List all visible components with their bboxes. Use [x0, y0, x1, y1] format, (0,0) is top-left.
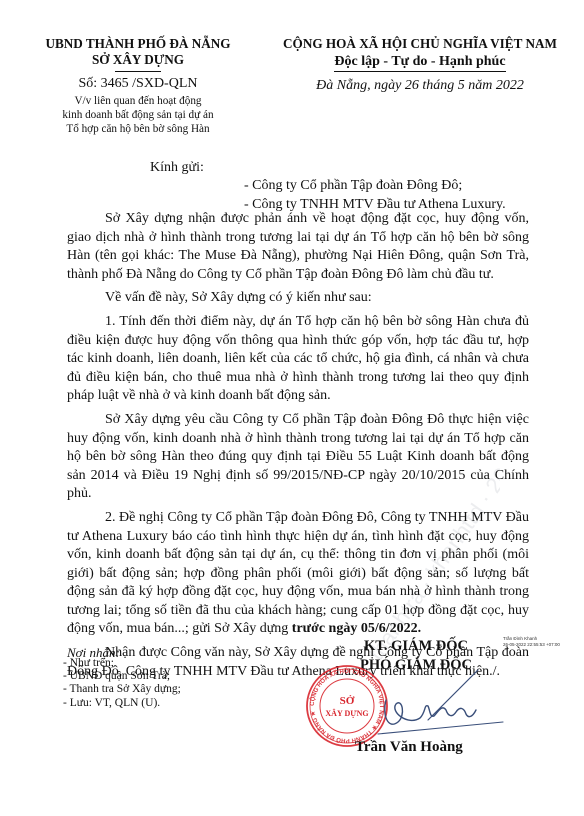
paragraph-opinion: Về vấn đề này, Sở Xây dựng có ý kiến như… [67, 289, 529, 308]
sign-on-behalf: KT. GIÁM ĐỐC [352, 637, 480, 656]
subject-line: kinh doanh bất động sản tại dự án [22, 108, 254, 122]
handwritten-signature-icon [368, 660, 508, 740]
subject-line: V/v liên quan đến hoạt động [22, 94, 254, 108]
national-header: CỘNG HOÀ XÃ HỘI CHỦ NGHĨA VIỆT NAM Độc l… [256, 36, 584, 94]
issuer-authority: UBND THÀNH PHỐ ĐÀ NẴNG [22, 36, 254, 52]
paragraph-requirement: Sở Xây dựng yêu cầu Công ty Cổ phần Tập … [67, 411, 529, 504]
deadline: trước ngày 05/6/2022. [292, 621, 421, 636]
document-subject: V/v liên quan đến hoạt động kinh doanh b… [22, 94, 254, 136]
point-2-text: 2. Đề nghị Công ty Cổ phần Tập đoàn Đông… [67, 510, 529, 637]
digital-signature-info: Trần Đình Khanh 26-05-2022 22:55:53 +07:… [503, 636, 560, 647]
signer-name: Trần Văn Hoàng [355, 739, 463, 756]
svg-text:XÂY DỰNG: XÂY DỰNG [325, 708, 368, 718]
paragraph-intro: Sở Xây dựng nhận được phản ánh về hoạt đ… [67, 210, 529, 284]
distribution-item: - UBND quận Sơn Trà; [63, 670, 181, 683]
paragraph-point-2: 2. Đề nghị Công ty Cổ phần Tập đoàn Đông… [67, 509, 529, 639]
digital-signature-timestamp: 26-05-2022 22:55:53 +07:00 [503, 642, 560, 648]
letter-body: Sở Xây dựng nhận được phản ánh về hoạt đ… [67, 210, 529, 686]
distribution-item: - Thanh tra Sở Xây dựng; [63, 683, 181, 696]
distribution-list: - Như trên; - UBND quận Sơn Trà; - Thanh… [63, 657, 181, 710]
issuer-department: SỞ XÂY DỰNG [22, 52, 254, 68]
recipient-item: - Công ty Cổ phần Tập đoàn Đông Đô; [244, 176, 506, 195]
subject-line: Tổ hợp căn hộ bên bờ sông Hàn [22, 122, 254, 136]
distribution-item: - Lưu: VT, QLN (U). [63, 697, 181, 710]
national-title: CỘNG HOÀ XÃ HỘI CHỦ NGHĨA VIỆT NAM [256, 36, 584, 52]
distribution-item: - Như trên; [63, 657, 181, 670]
recipients-block: Kính gửi: - Công ty Cổ phần Tập đoàn Đôn… [150, 158, 506, 214]
issuer-block: UBND THÀNH PHỐ ĐÀ NẴNG SỞ XÂY DỰNG Số: 3… [22, 36, 254, 136]
salutation: Kính gửi: [150, 158, 506, 177]
divider [115, 71, 161, 72]
svg-text:SỞ: SỞ [340, 695, 355, 707]
paragraph-point-1: 1. Tính đến thời điểm này, dự án Tổ hợp … [67, 313, 529, 406]
place-date: Đà Nẵng, ngày 26 tháng 5 năm 2022 [256, 78, 584, 94]
national-motto: Độc lập - Tự do - Hạnh phúc [334, 54, 505, 72]
document-number: Số: 3465 /SXD-QLN [22, 76, 254, 92]
